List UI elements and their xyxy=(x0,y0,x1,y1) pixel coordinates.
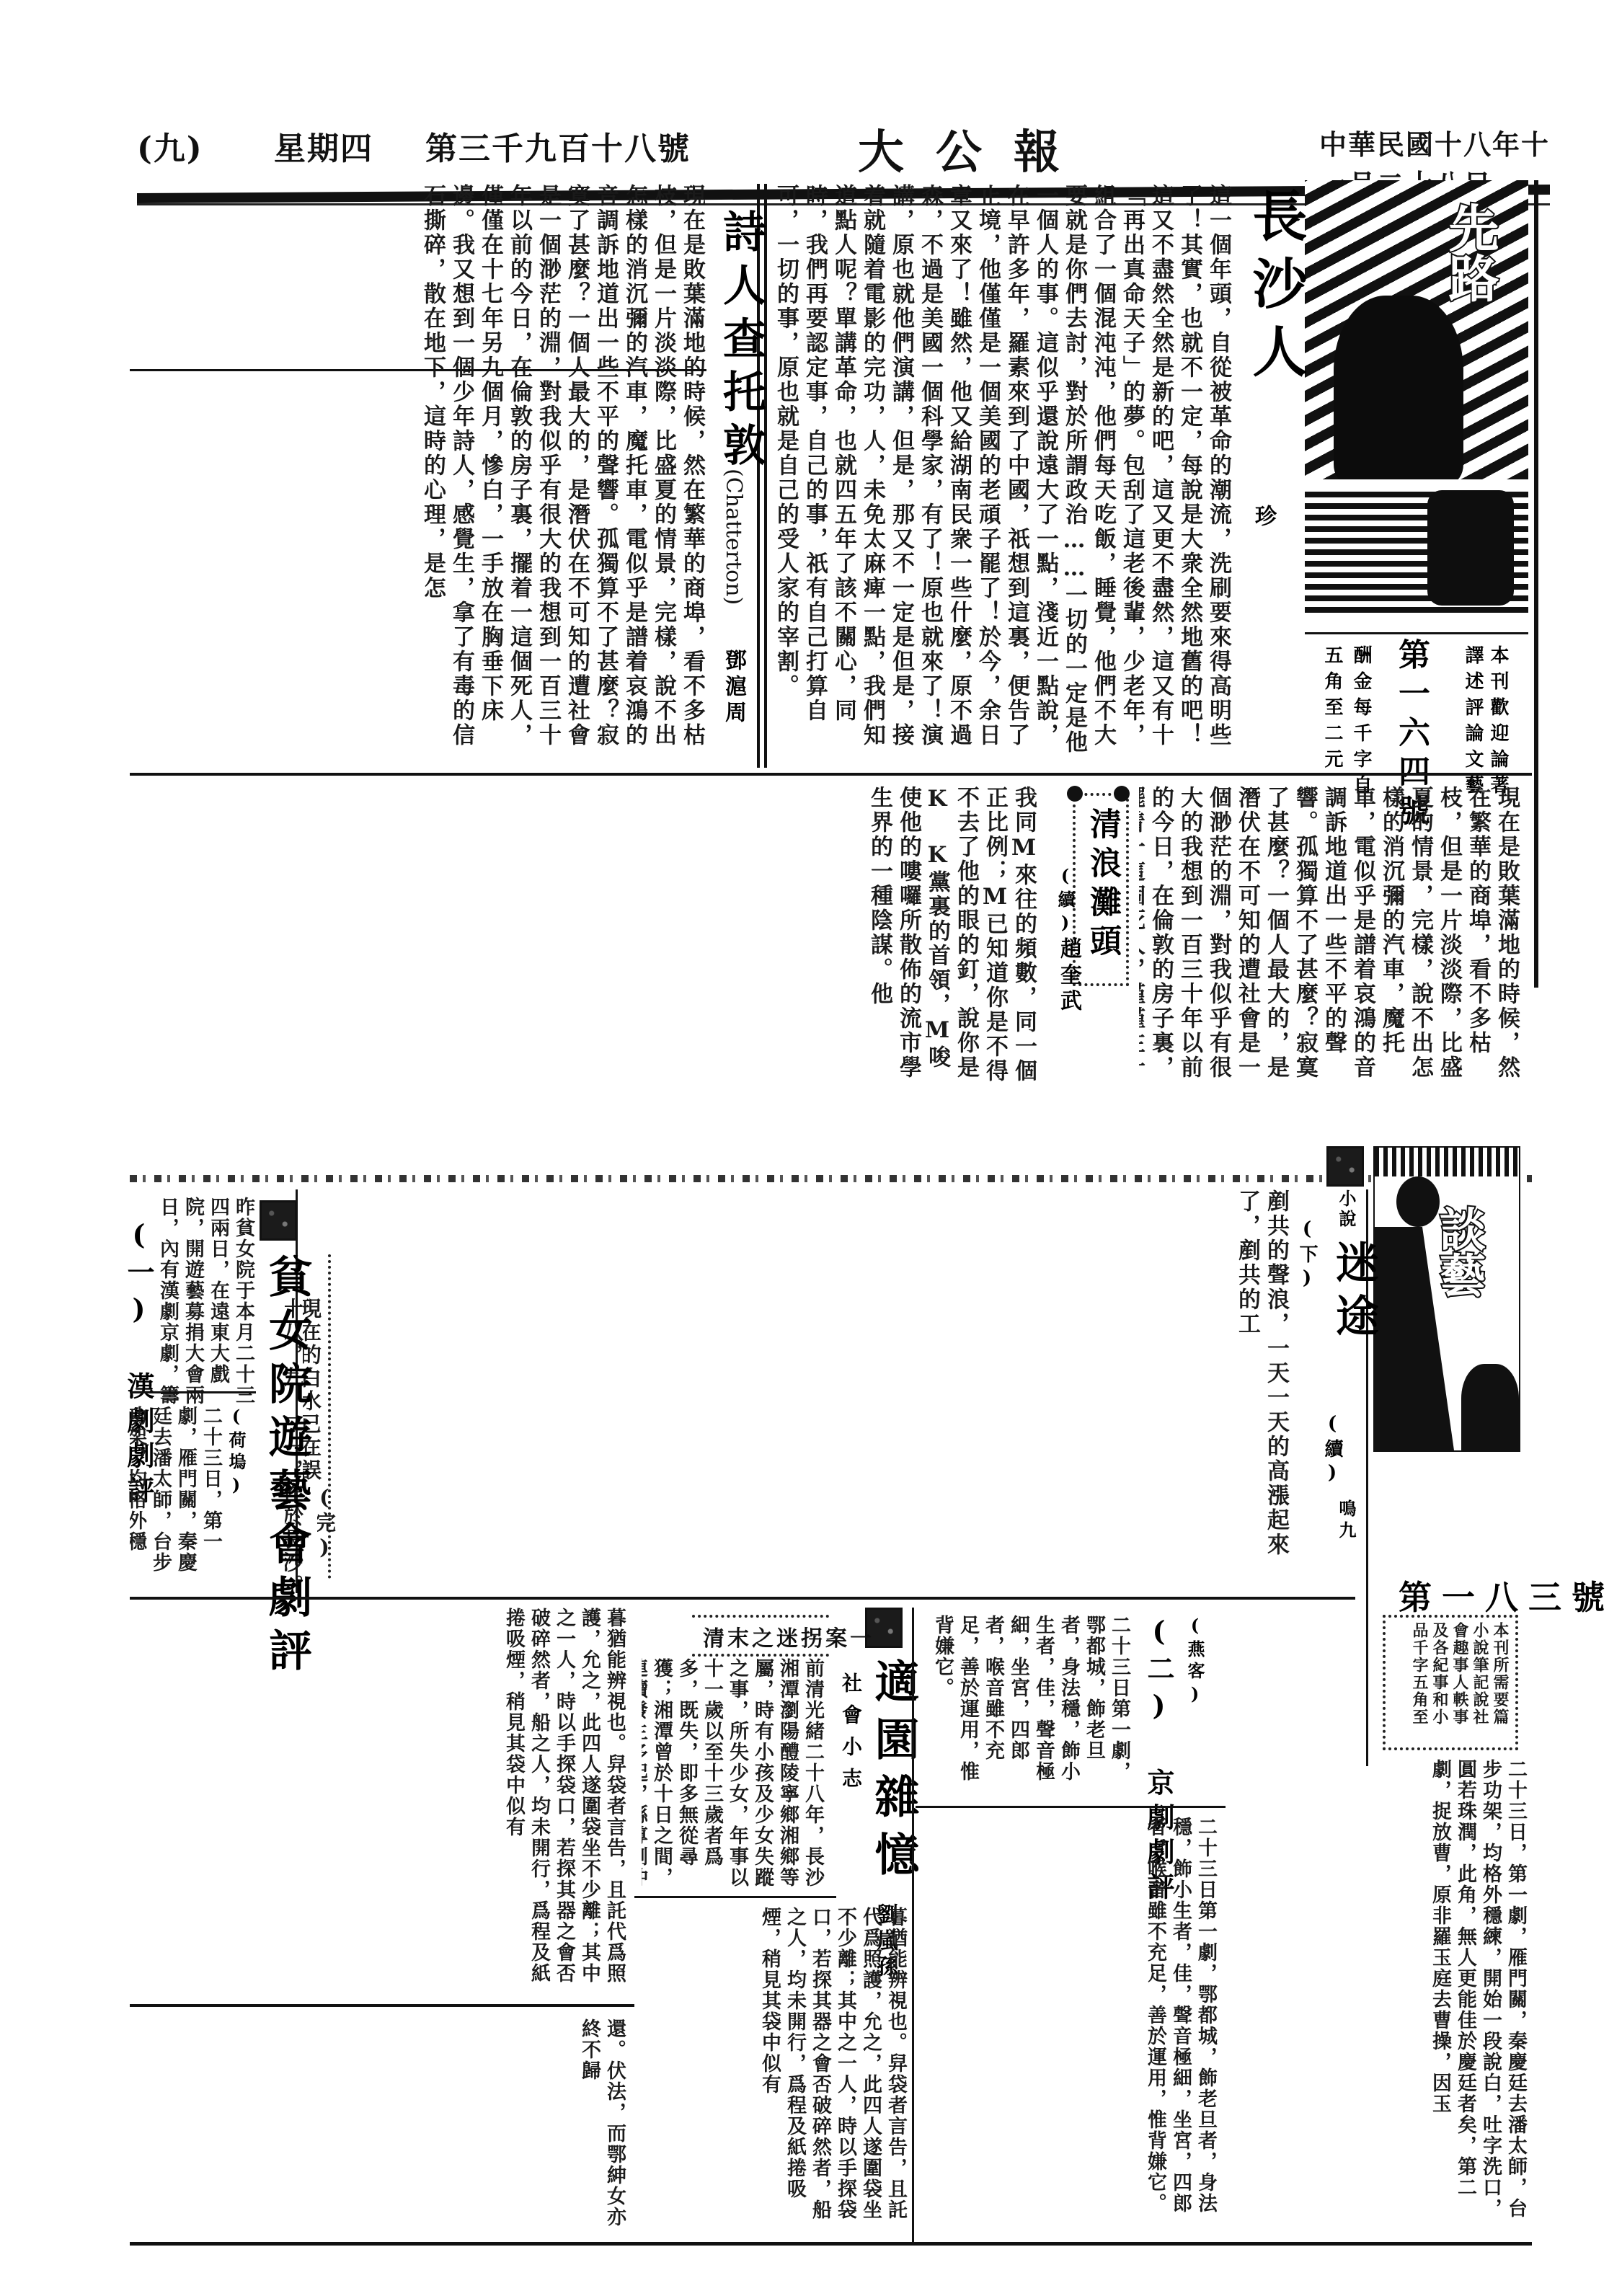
article-body-chatterton: 現在是敗葉滿地的時候，然在繁華的商埠，看不多枯枝，但是一片淡淡際，比盛夏的情景，… xyxy=(130,184,706,768)
tag-continued-qinglang: (續) xyxy=(1052,865,1078,937)
part-mitu: (下) xyxy=(1294,1218,1321,1293)
woodcut-lower xyxy=(1305,490,1528,620)
page-number: (九) xyxy=(137,123,203,169)
issue-number: 第三千九百十八號 xyxy=(425,123,691,169)
article-title-changsha: 長沙人 xyxy=(1236,187,1315,391)
article-body-jingju: 二十三日第一劇，鄂都城，飾老旦者，身法穩，飾小生者，佳，聲音極細，坐宮，四郎者，… xyxy=(923,1615,1132,1802)
section-divider xyxy=(130,1597,1355,1600)
article-body-qinglang: 我同M來往的頻數，同一個正比例；M已知道你是不得不去了他的眼的釘，說你是K K黨… xyxy=(130,786,1038,1089)
author-qinglang: 趙奎武 xyxy=(1052,937,1084,1015)
newspaper-title: 大公報 xyxy=(858,115,1091,182)
article-title-mitu: 迷途 xyxy=(1323,1240,1385,1347)
mitu-end-mark: (完) xyxy=(317,1485,339,1586)
author-chatterton: 鄧滬周 xyxy=(717,649,749,727)
article-body-shiyuan: 暮猶能辨視也。舁袋者言告，且託代爲照護，允之，此四人遂圍袋坐不少離；其中之一人，… xyxy=(130,1608,627,1997)
notice-line-1: 本刊歡迎論著 xyxy=(1485,645,1512,801)
column-label-shehui: 社會小志 xyxy=(836,1672,865,1799)
supplement-name: 先路 xyxy=(1434,202,1507,303)
article-title-qinglang: 清浪灘頭 xyxy=(1079,807,1125,963)
article-body-mitu: 剷共的聲浪，一天一天的高漲起來了，剷共的工 xyxy=(433,1189,1290,1600)
page-bottom-rule xyxy=(130,2242,1532,2246)
horse-rider-figure xyxy=(1334,296,1463,479)
tanyi-notice: 本刊所需要篇小說筆記說社會趣事人軼事及各紀事和小品千字五角至 xyxy=(1388,1622,1510,1741)
notice-line-2: 譯述評論文藝 xyxy=(1460,645,1486,801)
section-divider xyxy=(130,773,1532,776)
article-body-hanju-cont: 二十三日，第一劇，雁門關，秦慶廷去潘太師，台步功架，均格外穩練，開始一段說白，吐… xyxy=(1226,1759,1528,2235)
category-novel: 小說 xyxy=(1334,1189,1359,1230)
figure-second xyxy=(1461,1364,1519,1450)
masthead: (九) 星期四 第三千九百十八號 大公報 中華民國十八年十一月二十八日 xyxy=(137,123,1550,187)
article-title-chatterton-en: (Chatterton) xyxy=(721,469,746,605)
weekday: 星期四 xyxy=(274,123,373,169)
notice-line-3: 酬金每千字自 xyxy=(1348,645,1375,801)
notice-line-4: 五角至二元 xyxy=(1319,645,1346,775)
xianlu-woodcut-image: 先路 xyxy=(1305,180,1528,479)
article-body-changsha: 這一個年頭，自從被革命的潮流，洗刷要來得高明些了！其實，也就不一定，每說是大衆全… xyxy=(771,184,1233,768)
article-body-shiyuan-end: 還。伏法，而鄂紳女亦終不歸 xyxy=(130,2018,627,2235)
article-title-chatterton: 詩人查托敦 xyxy=(710,209,772,476)
article-body-shiyuan-cont: 暮猶能辨視也。舁袋者言告，且託代爲照護，允之，此四人遂圍袋坐不少離；其中之一人，… xyxy=(642,1907,908,2238)
box-body: 前清光緒二十八年，長沙湘潭瀏陽醴陵寧鄉湘鄉等屬，時有小孩及少女失蹤之事，所失少女… xyxy=(642,1658,825,1889)
tag-continued-mitu: (續) xyxy=(1319,1413,1346,1488)
article-title-shiyuan: 適園雜憶 xyxy=(861,1658,926,1889)
article-body-jingju-cont: 二十三日第一劇，鄂都城，飾老旦者，身法穩，飾小生者，佳，聲音極細，坐宮，四郎者，… xyxy=(923,1817,1218,2235)
article-intro-poorhouse: 昨貧女院于本月二十三四兩日，在遠東大戲院，開遊藝募捐大會兩日，內有漢劇京劇，籌備… xyxy=(155,1197,256,1413)
article-body-chatterton-cont: 現在是敗葉滿地的時候，然在繁華的商埠，看不多枯枝，但是一片淡淡際，比盛夏的情景，… xyxy=(1139,786,1521,1089)
author-jingju: (燕客) xyxy=(1182,1615,1207,1708)
tanyi-woodcut-image: 談藝 xyxy=(1373,1146,1520,1452)
seal-icon xyxy=(1326,1146,1364,1187)
box-title: 清末之迷拐案一 xyxy=(703,1621,874,1652)
author-hanju: (荷塢) xyxy=(223,1406,249,1499)
issue-number-tanyi: 第一八三號 xyxy=(1399,1572,1615,1619)
horse-legs xyxy=(1427,490,1514,606)
supplement-name-tanyi: 談藝 xyxy=(1425,1205,1492,1298)
article-body-hanju: 二十三日，第一劇，雁門關，秦慶廷去潘太師，台步功架，均格外穩練，開始一段說白，吐… xyxy=(130,1406,223,1586)
seal-icon xyxy=(260,1200,297,1241)
ornamental-divider xyxy=(130,1175,1532,1182)
author-mitu: 鳴九 xyxy=(1334,1499,1359,1543)
author-changsha: 珍 xyxy=(1247,505,1279,531)
